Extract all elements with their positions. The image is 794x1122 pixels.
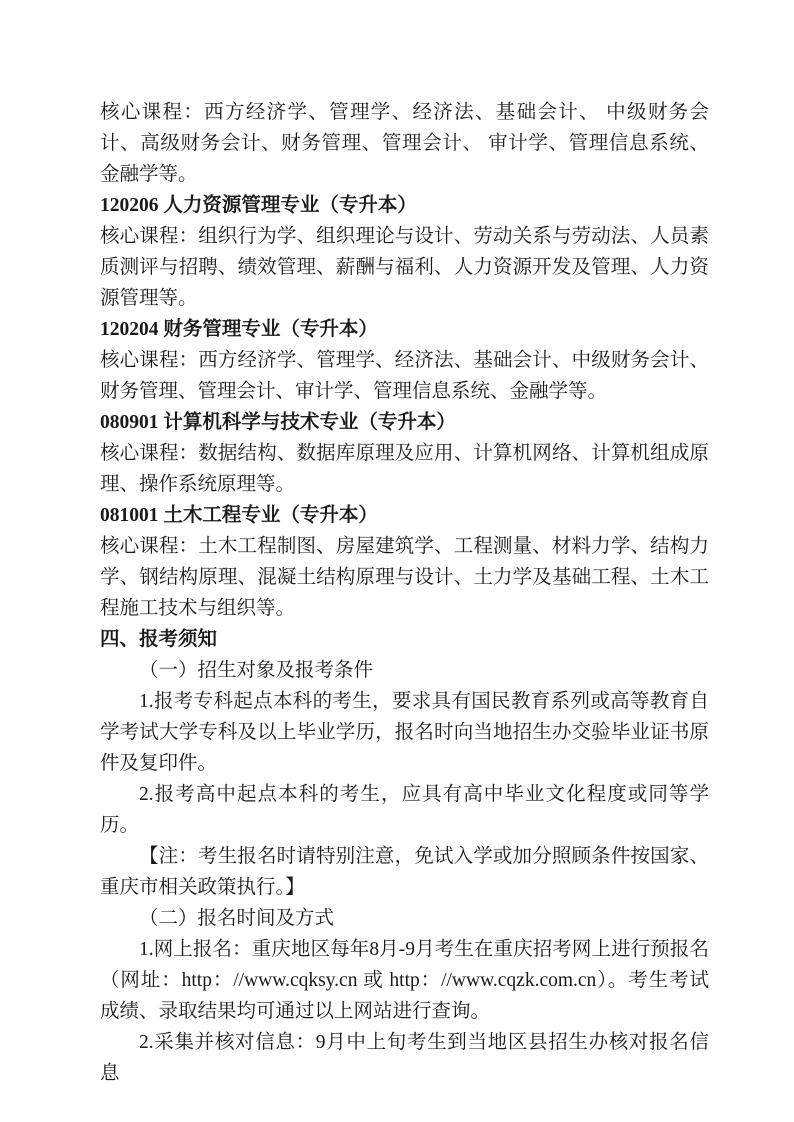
- indented-paragraph: 1.网上报名：重庆地区每年8月-9月考生在重庆招考网上进行预报名（网址：http…: [100, 934, 709, 1027]
- section-heading: 四、报考须知: [100, 624, 709, 655]
- body-paragraph: 核心课程：西方经济学、管理学、经济法、基础会计、 中级财务会计、高级财务会计、财…: [100, 97, 709, 190]
- indented-paragraph: 2.报考高中起点本科的考生，应具有高中毕业文化程度或同等学历。: [100, 779, 709, 841]
- document-page: 核心课程：西方经济学、管理学、经济法、基础会计、 中级财务会计、高级财务会计、财…: [0, 0, 794, 1122]
- major-heading: 080901 计算机科学与技术专业（专升本）: [100, 407, 709, 438]
- major-heading: 120204 财务管理专业（专升本）: [100, 314, 709, 345]
- body-paragraph: 核心课程：土木工程制图、房屋建筑学、工程测量、材料力学、结构力学、钢结构原理、混…: [100, 531, 709, 624]
- indented-paragraph: 【注：考生报名时请特别注意，免试入学或加分照顾条件按国家、重庆市相关政策执行。】: [100, 841, 709, 903]
- major-heading: 081001 土木工程专业（专升本）: [100, 500, 709, 531]
- indented-paragraph: 1.报考专科起点本科的考生，要求具有国民教育系列或高等教育自学考试大学专科及以上…: [100, 686, 709, 779]
- indented-paragraph: （二）报名时间及方式: [100, 903, 709, 934]
- major-heading: 120206 人力资源管理专业（专升本）: [100, 190, 709, 221]
- body-paragraph: 核心课程：组织行为学、组织理论与设计、劳动关系与劳动法、人员素质测评与招聘、绩效…: [100, 221, 709, 314]
- body-paragraph: 核心课程：数据结构、数据库原理及应用、计算机网络、计算机组成原理、操作系统原理等…: [100, 438, 709, 500]
- document-body: 核心课程：西方经济学、管理学、经济法、基础会计、 中级财务会计、高级财务会计、财…: [100, 97, 709, 1089]
- indented-paragraph: 2.采集并核对信息：9月中上旬考生到当地区县招生办核对报名信息: [100, 1027, 709, 1089]
- body-paragraph: 核心课程：西方经济学、管理学、经济法、基础会计、中级财务会计、财务管理、管理会计…: [100, 345, 709, 407]
- indented-paragraph: （一）招生对象及报考条件: [100, 655, 709, 686]
